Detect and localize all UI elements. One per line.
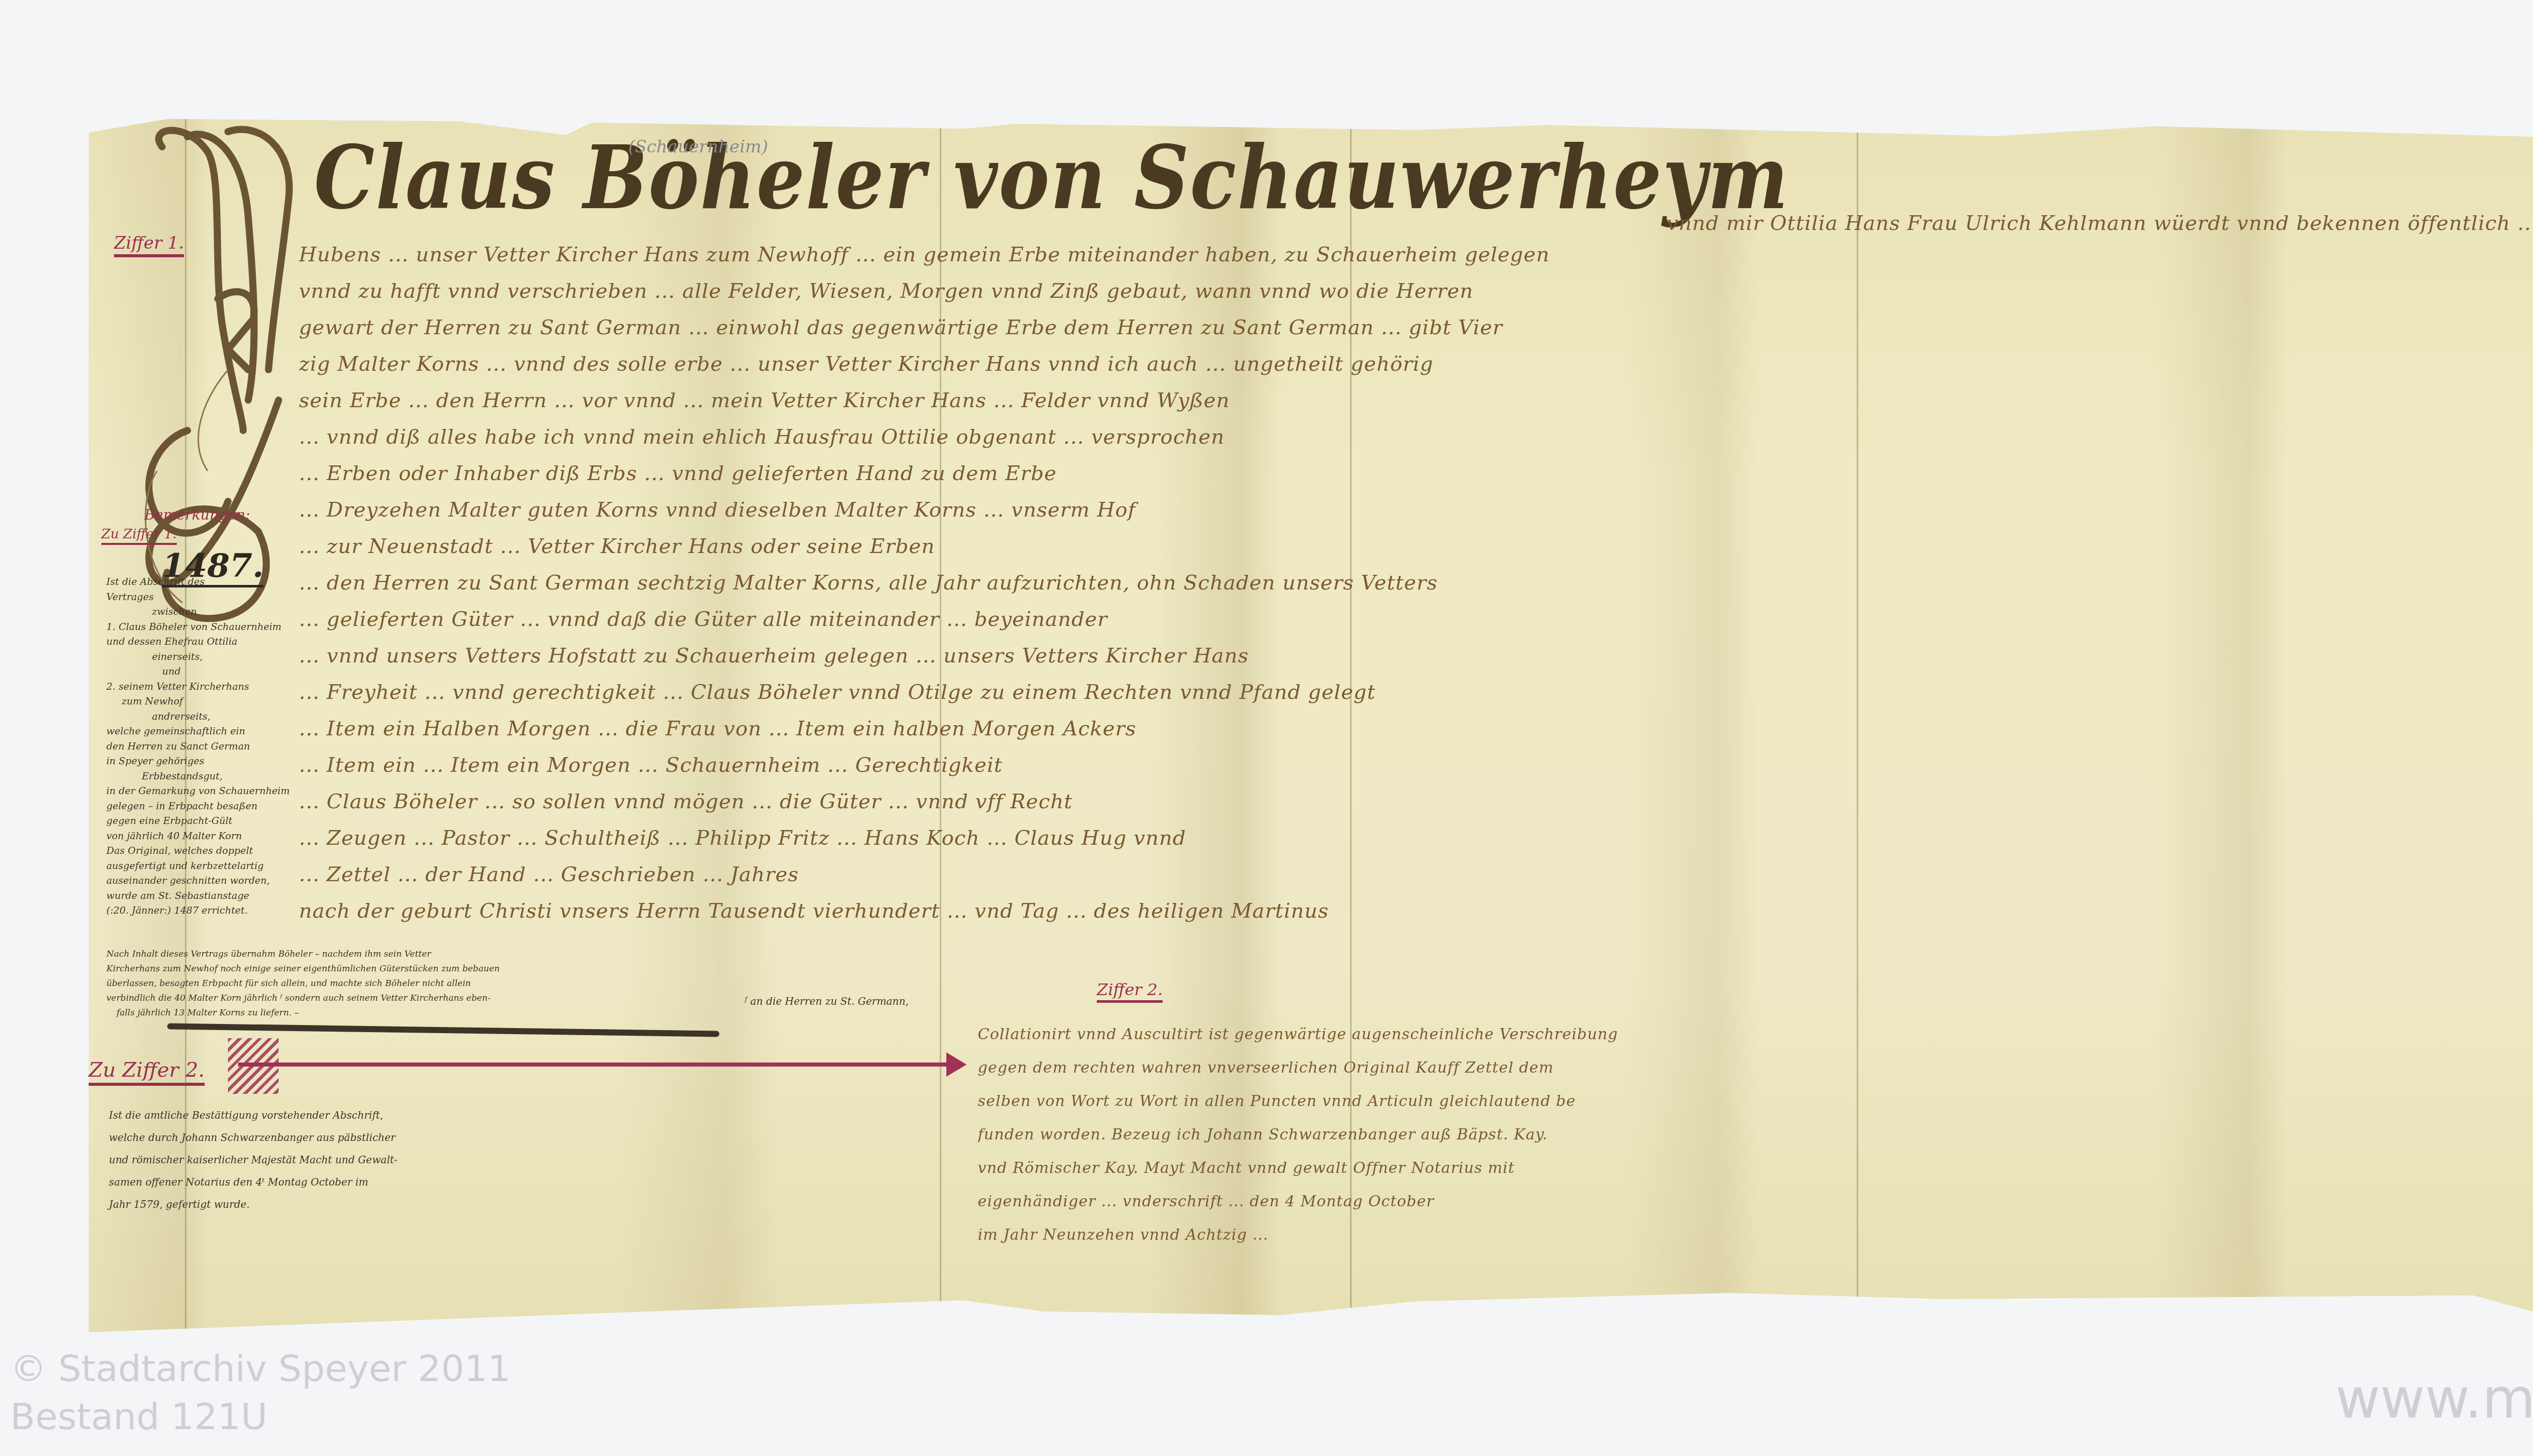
text-line: sein Erbe ... den Herrn ... vor vnnd ...… <box>299 382 2533 419</box>
arrow-icon <box>238 1063 963 1067</box>
text-line: ... Dreyzehen Malter guten Korns vnnd di… <box>299 492 2533 528</box>
annotation-line: und <box>106 664 299 680</box>
annotation-line: 2. seinem Vetter Kircherhans <box>106 680 299 695</box>
annotation-line: in der Gemarkung von Schauernheim <box>106 784 299 799</box>
annotation-line: gelegen – in Erbpacht besaßen <box>106 799 299 814</box>
footnote-right: ᶠ an die Herren zu St. Germann, <box>745 990 909 1012</box>
inhalt-annotation: Nach Inhalt dieses Vertrags übernahm Böh… <box>106 947 735 1020</box>
annotation-line: andrerseits, <box>106 710 299 725</box>
text-line: ... den Herren zu Sant German sechtzig M… <box>299 565 2533 601</box>
annotation-line: Erbbestandsgut, <box>106 769 299 784</box>
annotation-line: 1. Claus Böheler von Schauernheim <box>106 620 299 635</box>
text-line: gegen dem rechten wahren vnverseerlichen… <box>978 1051 1890 1085</box>
text-line: ... Claus Böheler ... so sollen vnnd mög… <box>299 783 2533 820</box>
annotation-line: samen offener Notarius den 4ᵗ Montag Oct… <box>109 1171 545 1193</box>
text-line: ... Freyheit ... vnnd gerechtigkeit ... … <box>299 674 2533 711</box>
annotation-line: von jährlich 40 Malter Korn <box>106 829 299 844</box>
annotation-line: zum Newhof <box>106 694 299 710</box>
annotation-line: Kircherhans zum Newhof noch einige seine… <box>106 962 735 976</box>
text-line: gewart der Herren zu Sant German ... ein… <box>299 309 2533 346</box>
archive-image-viewer: Claus Böheler von Schauwerheym (Schauern… <box>0 0 2533 1456</box>
text-line: ... Zeugen ... Pastor ... Schultheiß ...… <box>299 820 2533 856</box>
document-body: vnnd mir Ottilia Hans Frau Ulrich Kehlma… <box>299 200 2533 929</box>
annotation-line: und dessen Ehefrau Ottilia <box>106 635 299 650</box>
bestand-watermark: Bestand 121U <box>10 1395 267 1438</box>
text-line: ... Item ein Halben Morgen ... die Frau … <box>299 711 2533 747</box>
bemerkungen-label: Bemerkungen: <box>144 506 250 524</box>
text-line: vnnd zu hafft vnnd verschrieben ... alle… <box>299 273 2533 309</box>
annotation-line: welche gemeinschaftlich ein <box>106 724 299 739</box>
annotation-line: falls jährlich 13 Malter Korns zu liefer… <box>106 1006 735 1020</box>
annotation-line: Jahr 1579, gefertigt wurde. <box>109 1193 545 1215</box>
text-line: ... Item ein ... Item ein Morgen ... Sch… <box>299 747 2533 783</box>
text-line: nach der geburt Christi vnsers Herrn Tau… <box>299 893 2533 929</box>
annotation-line: Ist die Abschrift des <box>106 575 299 590</box>
text-line: vnd Römischer Kay. Mayt Macht vnnd gewal… <box>978 1152 1890 1185</box>
text-line: selben von Wort zu Wort in allen Puncten… <box>978 1085 1890 1118</box>
annotation-line: überlassen, besagten Erbpacht für sich a… <box>106 976 735 991</box>
ziffer1-label: Ziffer 1. <box>114 233 184 257</box>
annotation-line: Ist die amtliche Bestättigung vorstehend… <box>109 1104 545 1126</box>
annotation-line: den Herren zu Sanct German <box>106 739 299 755</box>
annotation-line: verbindlich die 40 Malter Korn jährlich … <box>106 991 735 1006</box>
text-line: ... Erben oder Inhaber diß Erbs ... vnnd… <box>299 455 2533 492</box>
text-line: ... zur Neuenstadt ... Vetter Kircher Ha… <box>299 528 2533 565</box>
pencil-annotation: (Schauernheim) <box>628 137 768 157</box>
website-watermark: www.monasterium.net <box>2335 1367 2533 1431</box>
ziffer2-text: Collationirt vnnd Auscultirt ist gegenwä… <box>978 1018 1890 1252</box>
annotation-line: auseinander geschnitten worden, <box>106 874 299 889</box>
annotation-line: Das Original, welches doppelt <box>106 844 299 859</box>
zu-ziffer2-label: Zu Ziffer 2. <box>89 1058 205 1086</box>
ziffer2-annotation: Ist die amtliche Bestättigung vorstehend… <box>109 1104 545 1215</box>
text-line: ... vnnd diß alles habe ich vnnd mein eh… <box>299 419 2533 455</box>
annotation-line: gegen eine Erbpacht-Gült <box>106 814 299 829</box>
text-line: Hubens ... unser Vetter Kircher Hans zum… <box>299 237 2533 273</box>
text-line: eigenhändiger ... vnderschrift ... den 4… <box>978 1185 1890 1218</box>
text-line: ... gelieferten Güter ... vnnd daß die G… <box>299 601 2533 638</box>
annotation-line: zwischen <box>106 605 299 620</box>
annotation-line: Nach Inhalt dieses Vertrags übernahm Böh… <box>106 947 735 962</box>
text-line: ... vnnd unsers Vetters Hofstatt zu Scha… <box>299 638 2533 674</box>
text-line: zig Malter Korns ... vnnd des solle erbe… <box>299 346 2533 382</box>
ziffer2-label: Ziffer 2. <box>1097 980 1163 1003</box>
annotation-line: welche durch Johann Schwarzenbanger aus … <box>109 1126 545 1149</box>
text-line: ... Zettel ... der Hand ... Geschrieben … <box>299 856 2533 893</box>
zu-ziffer1-label: Zu Ziffer 1. <box>101 527 177 545</box>
annotation-line: und römischer kaiserlicher Majestät Mach… <box>109 1149 545 1171</box>
annotation-line: einerseits, <box>106 650 299 665</box>
annotation-line: Vertrages <box>106 590 299 605</box>
annotation-line: wurde am St. Sebastianstage <box>106 889 299 904</box>
text-line: funden worden. Bezeug ich Johann Schwarz… <box>978 1118 1890 1152</box>
margin-annotation: Ist die Abschrift des Vertrages zwischen… <box>106 575 299 919</box>
annotation-line: in Speyer gehöriges <box>106 754 299 769</box>
annotation-line: ausgefertigt und kerbzettelartig <box>106 859 299 874</box>
text-line: Collationirt vnnd Auscultirt ist gegenwä… <box>978 1018 1890 1051</box>
annotation-line: (:20. Jänner:) 1487 errichtet. <box>106 903 299 919</box>
text-line: im Jahr Neunzehen vnnd Achtzig ... <box>978 1218 1890 1252</box>
copyright-watermark: © Stadtarchiv Speyer 2011 <box>10 1347 511 1390</box>
